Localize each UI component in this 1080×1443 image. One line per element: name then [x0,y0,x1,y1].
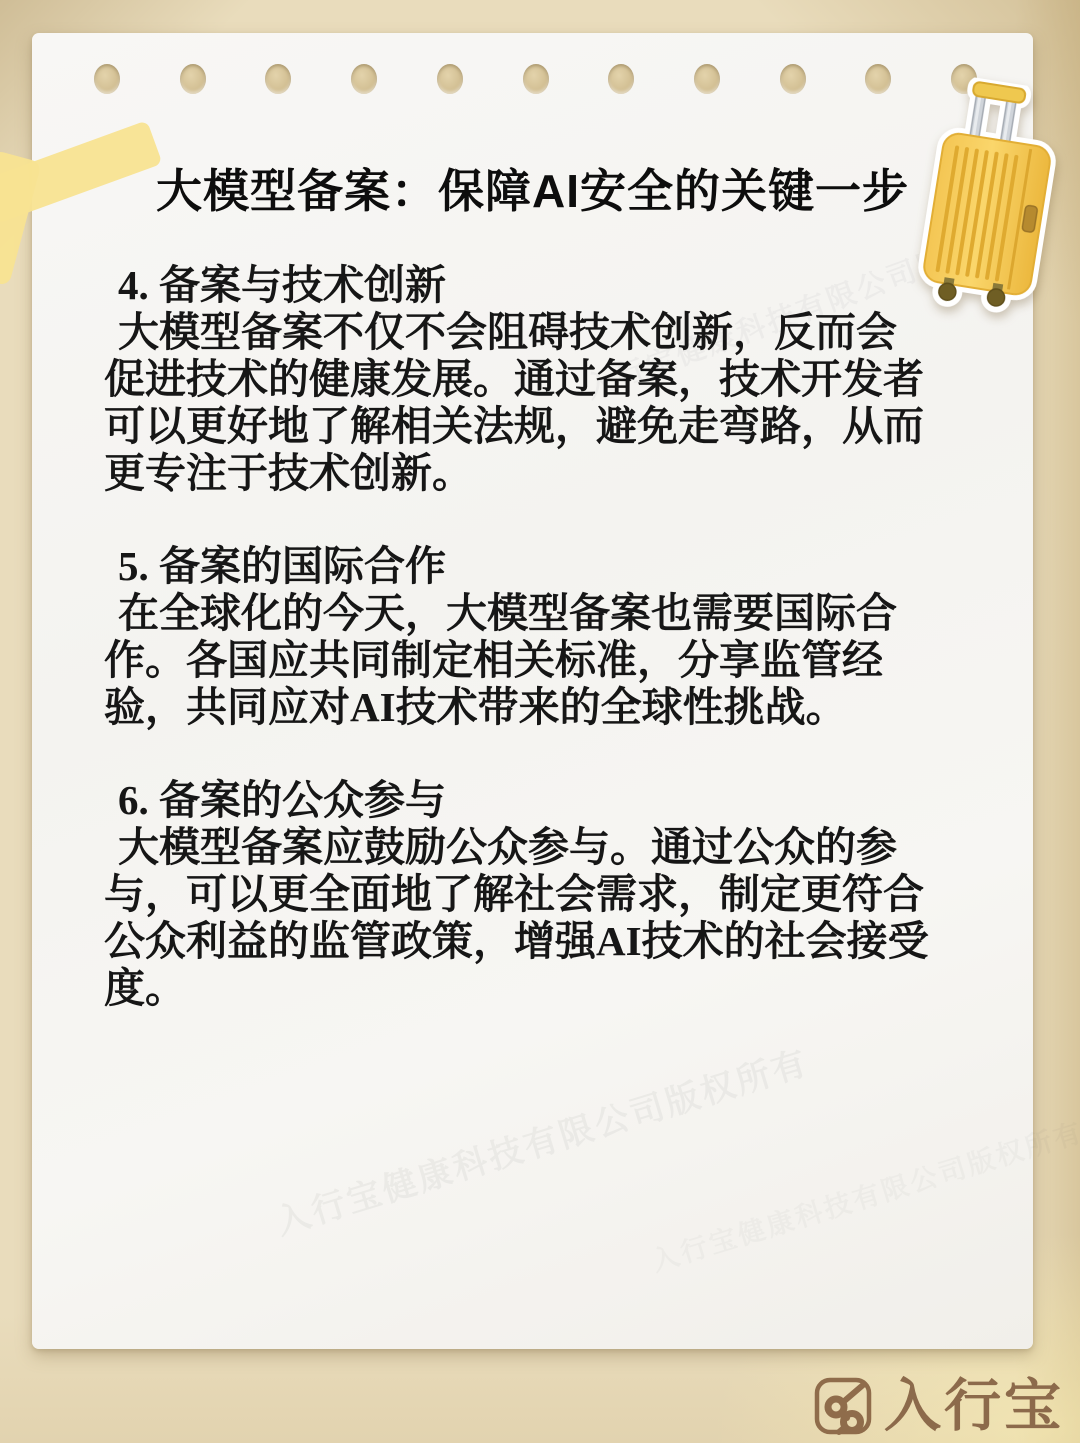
section: 5. 备案的国际合作在全球化的今天，大模型备案也需要国际合作。各国应共同制定相关… [104,543,954,731]
punch-hole [94,64,120,94]
body-line: 作。各国应共同制定相关标准，分享监管经 [104,637,954,684]
note-paper: 大模型备案：保障AI安全的关键一步 入行宝健康科技有限公司版权所有 入行宝健康科… [32,33,1033,1349]
copyright-watermark: 入行宝健康科技有限公司版权所有 [269,1035,814,1244]
punch-hole [865,64,891,94]
page-title: 大模型备案：保障AI安全的关键一步 [32,155,1033,221]
copyright-watermark: 入行宝健康科技有限公司版权所有 [646,1110,1080,1279]
section-heading: 4. 备案与技术创新 [104,262,954,309]
body-line: 公众利益的监管政策，增强AI技术的社会接受 [104,918,954,965]
section-heading: 5. 备案的国际合作 [104,543,954,590]
section: 4. 备案与技术创新大模型备案不仅不会阻碍技术创新，反而会促进技术的健康发展。通… [104,262,954,497]
punch-holes [32,33,1033,123]
body-line: 大模型备案不仅不会阻碍技术创新，反而会 [104,309,954,356]
punch-hole [780,64,806,94]
punch-hole [437,64,463,94]
punch-hole [608,64,634,94]
punch-hole [351,64,377,94]
punch-hole [694,64,720,94]
brand-name: 入行宝 [884,1378,1064,1435]
body-line: 可以更好地了解相关法规，避免走弯路，从而 [104,403,954,450]
punch-hole [180,64,206,94]
body-line: 与，可以更全面地了解社会需求，制定更符合 [104,871,954,918]
sections: 4. 备案与技术创新大模型备案不仅不会阻碍技术创新，反而会促进技术的健康发展。通… [104,262,954,1058]
body-line: 促进技术的健康发展。通过备案，技术开发者 [104,356,954,403]
body-line: 验，共同应对AI技术带来的全球性挑战。 [104,684,954,731]
brand-logo: 入行宝 [812,1375,1064,1437]
body-line: 大模型备案应鼓励公众参与。通过公众的参 [104,824,954,871]
section: 6. 备案的公众参与大模型备案应鼓励公众参与。通过公众的参与，可以更全面地了解社… [104,777,954,1012]
body-line: 在全球化的今天，大模型备案也需要国际合 [104,590,954,637]
body-line: 更专注于技术创新。 [104,450,954,497]
link-beads-logo-icon [812,1375,874,1437]
body-line: 度。 [104,965,954,1012]
punch-hole [523,64,549,94]
punch-hole [265,64,291,94]
section-heading: 6. 备案的公众参与 [104,777,954,824]
